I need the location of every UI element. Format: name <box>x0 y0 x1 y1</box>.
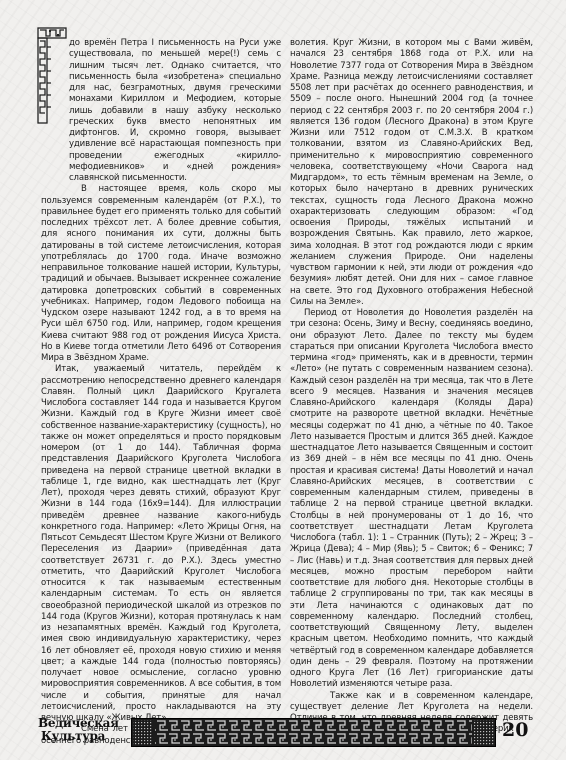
paragraph: В настоящее время, коль скоро мы пользуе… <box>41 184 281 364</box>
paragraph: Итак, уважаемый читатель, перейдём к рас… <box>41 364 281 724</box>
magazine-page: до времён Петра I письменность на Руси у… <box>0 0 566 760</box>
magazine-logo: Ведическая Культура <box>38 717 98 747</box>
paragraph: Период от Новолетия до Новолетия разделё… <box>290 308 533 691</box>
right-text-column: волетия. Круг Жизни, в котором мы с Вами… <box>290 38 533 736</box>
left-text-column: до времён Петра I письменность на Руси у… <box>41 38 281 747</box>
logo-line-2: Культура <box>38 730 98 743</box>
meander-ornament-band-icon <box>131 718 496 747</box>
page-number: 20 <box>502 719 528 741</box>
paragraph: волетия. Круг Жизни, в котором мы с Вами… <box>290 38 533 308</box>
paragraph: до времён Петра I письменность на Руси у… <box>41 38 281 184</box>
